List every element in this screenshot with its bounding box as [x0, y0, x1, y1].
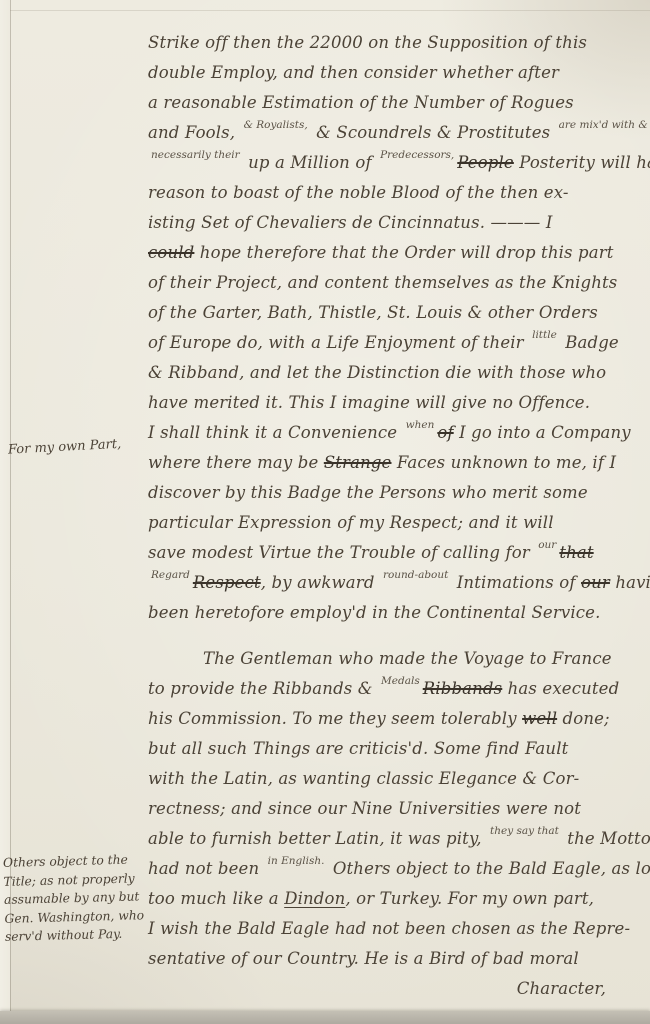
- margin-note-others-object: Others object to the Title; as not prope…: [3, 850, 151, 946]
- text-segment: double Employ, and then consider whether…: [148, 63, 559, 82]
- text-segment: his Commission. To me they seem tolerabl…: [148, 709, 522, 728]
- interlinear-insertion: in English.: [268, 855, 325, 867]
- manuscript-line: to provide the Ribbands & MedalsRibbands…: [148, 674, 646, 704]
- struck-text: Strange: [324, 453, 392, 472]
- manuscript-line: reason to boast of the noble Blood of th…: [148, 178, 646, 208]
- interlinear-insertion: Predecessors,: [380, 149, 454, 161]
- manuscript-page: For my own Part, Others object to the Ti…: [0, 0, 650, 1024]
- manuscript-line: a reasonable Estimation of the Number of…: [148, 88, 646, 118]
- manuscript-line: I shall think it a Convenience whenof I …: [148, 418, 646, 448]
- manuscript-line: and Fools, & Royalists, & Scoundrels & P…: [148, 118, 646, 148]
- interlinear-insertion: little: [532, 329, 557, 341]
- text-segment: the Motto's: [562, 829, 650, 848]
- text-segment: to provide the Ribbands &: [148, 679, 378, 698]
- text-segment: too much like a: [148, 889, 284, 908]
- interlinear-insertion: they say that: [490, 825, 559, 837]
- text-segment: Badge: [560, 333, 619, 352]
- manuscript-body: Strike off then the 22000 on the Supposi…: [148, 28, 646, 1004]
- text-segment: had not been: [148, 859, 265, 878]
- text-segment: Others object to the Bald Eagle, as look…: [327, 859, 650, 878]
- text-segment: done;: [557, 709, 610, 728]
- photo-background-strip: [0, 1011, 650, 1024]
- text-segment: I go into a Company: [454, 423, 631, 442]
- struck-text: that: [559, 543, 593, 562]
- manuscript-line: discover by this Badge the Persons who m…: [148, 478, 646, 508]
- interlinear-insertion: our: [538, 539, 556, 551]
- manuscript-line: particular Expression of my Respect; and…: [148, 508, 646, 538]
- struck-text: well: [522, 709, 557, 728]
- text-segment: but all such Things are criticis'd. Some…: [148, 739, 568, 758]
- manuscript-line: too much like a Dindon, or Turkey. For m…: [148, 884, 646, 914]
- underlined-text: Dindon: [284, 889, 345, 908]
- manuscript-line: where there may be Strange Faces unknown…: [148, 448, 646, 478]
- manuscript-line: could hope therefore that the Order will…: [148, 238, 646, 268]
- text-segment: hope therefore that the Order will drop …: [194, 243, 613, 262]
- manuscript-line: been heretofore employ'd in the Continen…: [148, 598, 646, 628]
- text-segment: with the Latin, as wanting classic Elega…: [148, 769, 579, 788]
- interlinear-insertion: Regard: [151, 569, 190, 581]
- struck-text: of: [437, 423, 453, 442]
- manuscript-line: isting Set of Chevaliers de Cincinnatus.…: [148, 208, 646, 238]
- text-segment: save modest Virtue the Trouble of callin…: [148, 543, 535, 562]
- text-segment: of the Garter, Bath, Thistle, St. Louis …: [148, 303, 598, 322]
- manuscript-line: sentative of our Country. He is a Bird o…: [148, 944, 646, 974]
- struck-text: People: [457, 153, 514, 172]
- struck-text: our: [581, 573, 610, 592]
- manuscript-line: & Ribband, and let the Distinction die w…: [148, 358, 646, 388]
- text-segment: having: [610, 573, 650, 592]
- text-segment: I wish the Bald Eagle had not been chose…: [148, 919, 630, 938]
- manuscript-line: Character,: [148, 974, 646, 1004]
- manuscript-line: had not been in English. Others object t…: [148, 854, 646, 884]
- manuscript-line: Strike off then the 22000 on the Supposi…: [148, 28, 646, 58]
- text-segment: of their Project, and content themselves…: [148, 273, 617, 292]
- manuscript-line: with the Latin, as wanting classic Elega…: [148, 764, 646, 794]
- interlinear-insertion: when: [406, 419, 435, 431]
- text-segment: have merited it. This I imagine will giv…: [148, 393, 590, 412]
- text-segment: where there may be: [148, 453, 324, 472]
- margin-note-line: serv'd without Pay.: [5, 924, 151, 946]
- manuscript-line: of the Garter, Bath, Thistle, St. Louis …: [148, 298, 646, 328]
- manuscript-line: double Employ, and then consider whether…: [148, 58, 646, 88]
- manuscript-line: RegardRespect, by awkward round-about In…: [148, 568, 646, 598]
- struck-text: Respect: [193, 573, 261, 592]
- text-segment: Intimations of: [451, 573, 581, 592]
- text-segment: I shall think it a Convenience: [148, 423, 403, 442]
- text-segment: , or Turkey. For my own part,: [345, 889, 594, 908]
- interlinear-insertion: Medals: [381, 675, 420, 687]
- interlinear-insertion: necessarily their: [151, 149, 240, 161]
- text-segment: reason to boast of the noble Blood of th…: [148, 183, 569, 202]
- paragraph-2: The Gentleman who made the Voyage to Fra…: [148, 644, 646, 1004]
- paragraph-1: Strike off then the 22000 on the Supposi…: [148, 28, 646, 628]
- manuscript-line: save modest Virtue the Trouble of callin…: [148, 538, 646, 568]
- text-segment: & Scoundrels & Prostitutes: [311, 123, 556, 142]
- text-segment: Strike off then the 22000 on the Supposi…: [148, 33, 587, 52]
- manuscript-line: but all such Things are criticis'd. Some…: [148, 734, 646, 764]
- margin-note-for-my-own-part: For my own Part,: [8, 434, 149, 459]
- margin-note-line: Gen. Washington, who: [4, 906, 150, 928]
- text-segment: Character,: [517, 979, 606, 998]
- margin-note-line: For my own Part,: [8, 434, 149, 459]
- text-segment: , by awkward: [261, 573, 380, 592]
- manuscript-line: necessarily their up a Million of Predec…: [148, 148, 646, 178]
- struck-text: could: [148, 243, 194, 262]
- paper-top-edge-line: [10, 10, 650, 11]
- manuscript-line: The Gentleman who made the Voyage to Fra…: [148, 644, 646, 674]
- text-segment: The Gentleman who made the Voyage to Fra…: [203, 649, 612, 668]
- manuscript-line: I wish the Bald Eagle had not been chose…: [148, 914, 646, 944]
- text-segment: and Fools,: [148, 123, 241, 142]
- text-segment: able to furnish better Latin, it was pit…: [148, 829, 487, 848]
- manuscript-line: his Commission. To me they seem tolerabl…: [148, 704, 646, 734]
- manuscript-line: have merited it. This I imagine will giv…: [148, 388, 646, 418]
- text-segment: has executed: [502, 679, 619, 698]
- text-segment: rectness; and since our Nine Universitie…: [148, 799, 581, 818]
- interlinear-insertion: round-about: [383, 569, 448, 581]
- manuscript-line: rectness; and since our Nine Universitie…: [148, 794, 646, 824]
- text-segment: & Ribband, and let the Distinction die w…: [148, 363, 606, 382]
- text-segment: of Europe do, with a Life Enjoyment of t…: [148, 333, 529, 352]
- text-segment: been heretofore employ'd in the Continen…: [148, 603, 600, 622]
- interlinear-insertion: & Royalists,: [244, 119, 308, 131]
- struck-text: Ribbands: [423, 679, 503, 698]
- text-segment: up a Million of: [243, 153, 377, 172]
- text-segment: a reasonable Estimation of the Number of…: [148, 93, 574, 112]
- text-segment: Faces unknown to me, if I: [391, 453, 616, 472]
- text-segment: Posterity will have much: [514, 153, 650, 172]
- text-segment: sentative of our Country. He is a Bird o…: [148, 949, 579, 968]
- manuscript-line: of Europe do, with a Life Enjoyment of t…: [148, 328, 646, 358]
- manuscript-line: of their Project, and content themselves…: [148, 268, 646, 298]
- text-segment: isting Set of Chevaliers de Cincinnatus.…: [148, 213, 553, 232]
- text-segment: discover by this Badge the Persons who m…: [148, 483, 588, 502]
- manuscript-line: able to furnish better Latin, it was pit…: [148, 824, 646, 854]
- interlinear-insertion: are mix'd with & help to: [559, 119, 650, 131]
- text-segment: particular Expression of my Respect; and…: [148, 513, 554, 532]
